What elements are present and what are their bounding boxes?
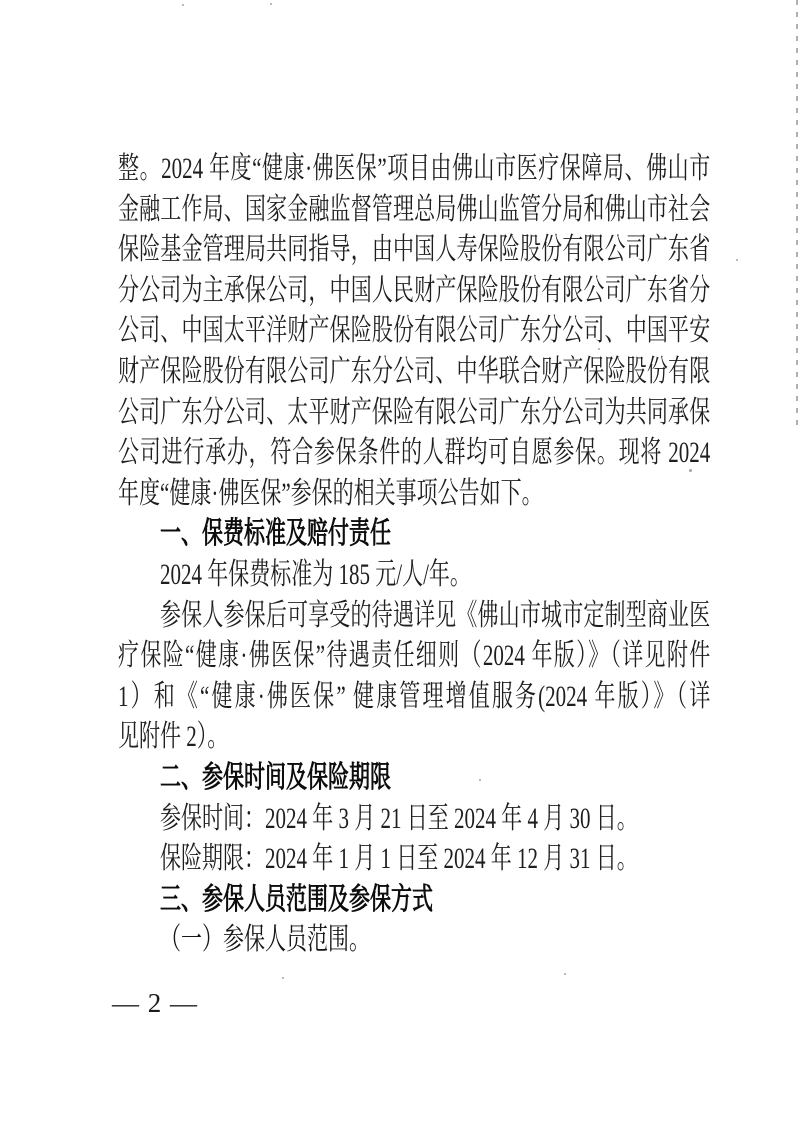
scan-speck [282, 977, 284, 979]
text-line: 公司广东分公司、太平财产保险有限公司广东分公司为共同承保 [118, 393, 710, 434]
section-heading: 二、参保时间及保险期限 [118, 758, 710, 799]
text-line: 保险基金管理局共同指导，由中国人寿保险股份有限公司广东省 [118, 230, 710, 271]
scan-speck [598, 348, 600, 350]
scan-speck [270, 3, 272, 5]
text-line: 分公司为主承保公司，中国人民财产保险股份有限公司广东省分 [118, 271, 710, 312]
page-number: — 2 — [112, 990, 198, 1017]
text-line: 公司、中国太平洋财产保险股份有限公司广东分公司、中国平安 [118, 311, 710, 352]
text-line: （一）参保人员范围。 [118, 920, 710, 961]
document-body: 整。2024 年度“健康·佛医保”项目由佛山市医疗保障局、佛山市金融工作局、国家… [118, 149, 710, 961]
text-line: 财产保险股份有限公司广东分公司、中华联合财产保险股份有限 [118, 352, 710, 393]
scan-speck [689, 469, 692, 472]
scan-speck [479, 779, 481, 781]
text-line: 整。2024 年度“健康·佛医保”项目由佛山市医疗保障局、佛山市 [118, 149, 710, 190]
scan-edge-artifact [796, 0, 798, 432]
text-line: 公司进行承办，符合参保条件的人群均可自愿参保。现将 2024 [118, 433, 710, 474]
text-line: 金融工作局、国家金融监督管理总局佛山监管分局和佛山市社会 [118, 190, 710, 231]
scan-speck [736, 259, 738, 261]
section-heading: 三、参保人员范围及参保方式 [118, 880, 710, 921]
text-line: 参保人参保后可享受的待遇详见《佛山市城市定制型商业医 [118, 596, 710, 637]
text-line: 参保时间：2024 年 3 月 21 日至 2024 年 4 月 30 日。 [118, 799, 710, 840]
text-line: 疗保险“健康·佛医保”待遇责任细则（2024 年版）》（详见附件 [118, 636, 710, 677]
section-heading: 一、保费标准及赔付责任 [118, 514, 710, 555]
text-line: 1）和《“健康·佛医保” 健康管理增值服务(2024 年版）》（详 [118, 677, 710, 718]
scan-speck [564, 973, 566, 975]
text-line: 保险期限：2024 年 1 月 1 日至 2024 年 12 月 31 日。 [118, 839, 710, 880]
text-line: 见附件 2）。 [118, 717, 710, 758]
scanned-document-page: 整。2024 年度“健康·佛医保”项目由佛山市医疗保障局、佛山市金融工作局、国家… [0, 0, 800, 1129]
text-line: 年度“健康·佛医保”参保的相关事项公告如下。 [118, 474, 710, 515]
text-line: 2024 年保费标准为 185 元/人/年。 [118, 555, 710, 596]
scan-speck [182, 4, 184, 6]
